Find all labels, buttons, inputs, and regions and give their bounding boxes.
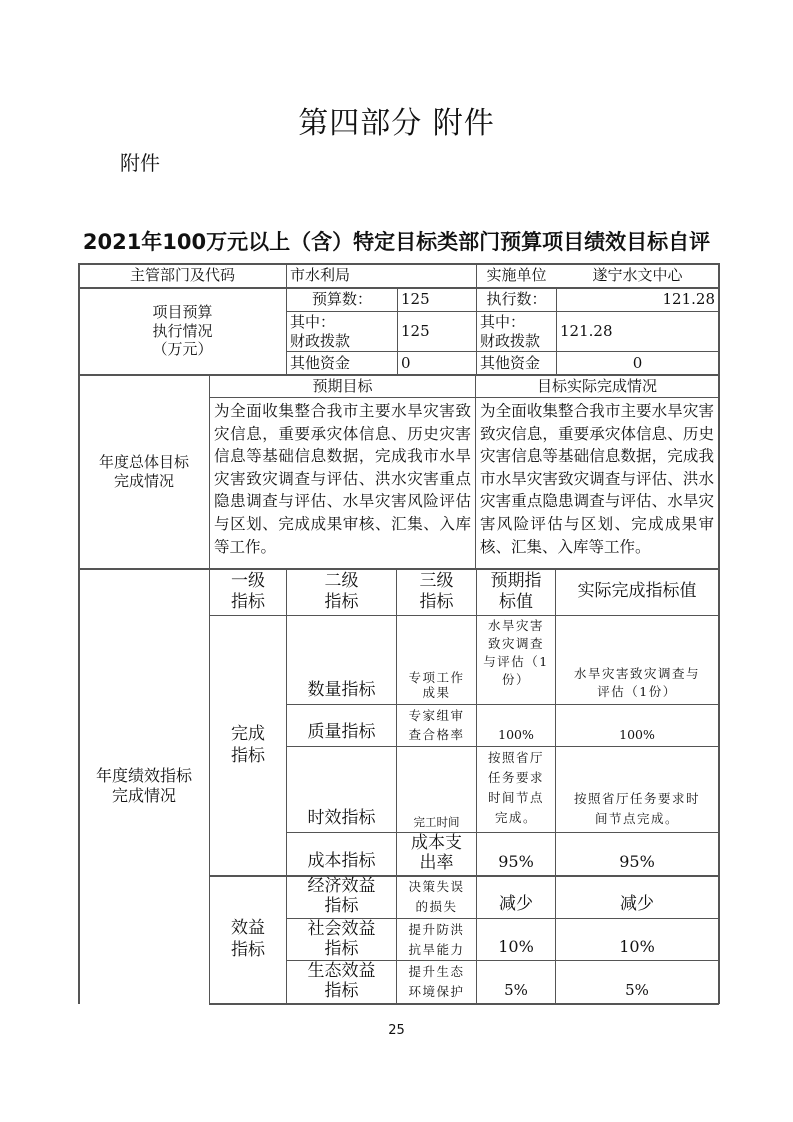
annual-goal-label: 年度总体目标 完成情况: [79, 375, 209, 568]
level2-cost: 成本指标: [287, 833, 396, 875]
header-level3: 三级 指标: [397, 569, 476, 615]
level2-ecological: 生态效益 指标: [287, 961, 396, 1003]
expected-cell: 95%: [477, 833, 555, 875]
header-actual: 实际完成指标值: [556, 569, 718, 615]
budget-label: 预算数：: [287, 288, 397, 311]
actual-cell: 5%: [556, 961, 718, 1003]
fiscal-budget: 125: [398, 312, 476, 351]
budget-value: 125: [398, 288, 476, 311]
fiscal-exec-label: 其中： 财政拨款: [477, 312, 556, 351]
expected-cell: 减少: [477, 876, 555, 918]
level1-benefit: 效益 指标: [210, 876, 286, 1003]
dept-value: 市水利局: [287, 264, 476, 287]
header-level1: 一级 指标: [210, 569, 286, 615]
impl-label: 实施单位: [477, 264, 556, 287]
fiscal-exec: 121.28: [557, 312, 718, 351]
dept-label: 主管部门及代码: [79, 264, 286, 287]
header-expected: 预期指 标值: [477, 569, 555, 615]
level2-quality: 质量指标: [287, 705, 396, 746]
level3-cell: 提升生态 环境保护: [397, 961, 476, 1003]
expected-cell: 10%: [477, 919, 555, 960]
impl-value: 遂宁水文中心: [557, 264, 718, 287]
actual-cell: 按照省厅任务要求时 间节点完成。: [556, 747, 718, 832]
indicators-section-label: 年度绩效指标 完成情况: [79, 569, 209, 1003]
exec-label: 执行数：: [477, 288, 556, 311]
actual-cell: 减少: [556, 876, 718, 918]
level3-cell: 专项工作 成果: [397, 616, 476, 704]
expected-cell: 100%: [477, 705, 555, 746]
other-label: 其他资金: [287, 352, 397, 374]
expected-cell: 5%: [477, 961, 555, 1003]
actual-cell: 100%: [556, 705, 718, 746]
level2-social: 社会效益 指标: [287, 919, 396, 960]
fiscal-label: 其中： 财政拨款: [287, 312, 397, 351]
header-level2: 二级 指标: [287, 569, 396, 615]
expected-goal-header: 预期目标: [210, 375, 475, 397]
budget-section-label: 项目预算 执行情况 （万元）: [79, 288, 286, 374]
level3-cell: 决策失误 的损失: [397, 876, 476, 918]
level2-economic: 经济效益 指标: [287, 876, 396, 918]
exec-value: 121.28: [557, 288, 718, 311]
expected-cell: 按照省厅 任务要求 时间节点 完成。: [477, 748, 555, 832]
actual-goal-text: 为全面收集整合我市主要水旱灾害致灾信息，重要承灾体信息、历史灾害信息等基础信息数…: [476, 398, 718, 568]
level2-quantity: 数量指标: [287, 616, 396, 704]
actual-cell: 95%: [556, 833, 718, 875]
expected-goal-text: 为全面收集整合我市主要水旱灾害致灾信息，重要承灾体信息、历史灾害信息等基础信息数…: [210, 398, 475, 568]
actual-cell: 10%: [556, 919, 718, 960]
level3-cell: 专家组审 查合格率: [397, 705, 476, 746]
level3-cell: 成本支 出率: [397, 833, 476, 875]
expected-cell: 水旱灾害 致灾调查 与评估（1 份）: [477, 617, 555, 704]
level3-cell: 提升防洪 抗旱能力: [397, 919, 476, 960]
page-number: 25: [0, 1023, 793, 1038]
level3-cell: 完工时间: [397, 747, 476, 832]
actual-cell: 水旱灾害致灾调查与 评估（1份）: [556, 616, 718, 704]
level2-timeliness: 时效指标: [287, 747, 396, 832]
other-exec-label: 其他资金: [477, 352, 556, 374]
table-line: [718, 263, 720, 1004]
other-budget: 0: [398, 352, 476, 374]
other-exec: 0: [557, 352, 718, 374]
actual-goal-header: 目标实际完成情况: [476, 375, 718, 397]
level1-completion: 完成 指标: [210, 616, 286, 875]
performance-table: 主管部门及代码 市水利局 实施单位 遂宁水文中心 项目预算 执行情况 （万元） …: [0, 0, 793, 1122]
